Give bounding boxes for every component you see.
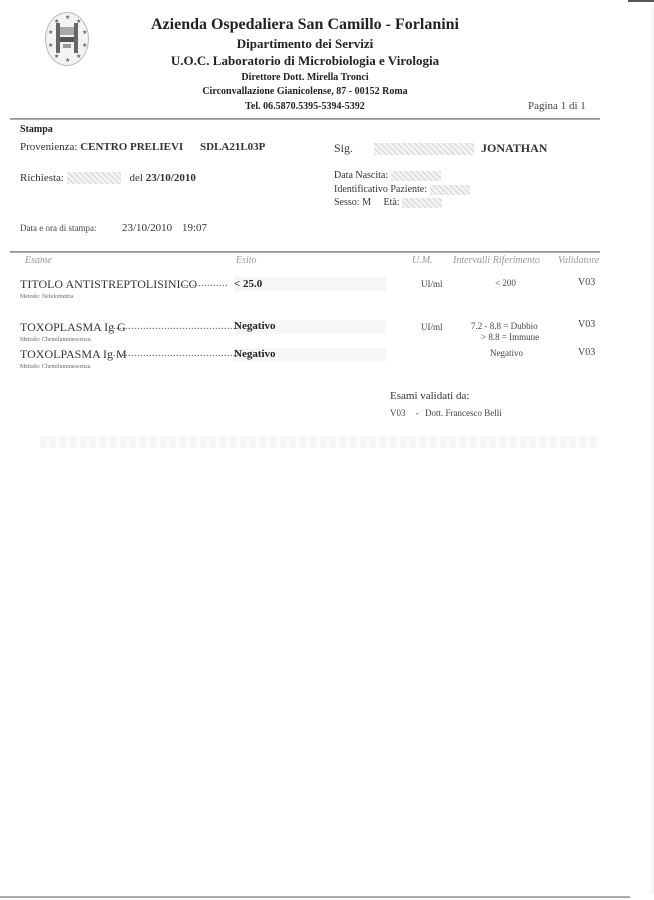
column-header-unit: U.M. [412, 255, 433, 266]
table-row-result: Negativo [234, 320, 276, 332]
table-row-unit: UI/ml [421, 322, 443, 332]
table-row-method: Metodo: Nefelometria [20, 294, 73, 300]
del-label: del [130, 172, 143, 184]
birth-label: Data Nascita: [334, 170, 388, 181]
table-row-validator: V03 [578, 347, 595, 358]
sex-label: Sesso: [334, 197, 360, 208]
page-bottom-edge [0, 896, 630, 898]
validator-separator: - [416, 408, 419, 418]
redacted-surname [374, 143, 474, 155]
age-label: Età: [383, 197, 399, 208]
table-row-reference: Negativo [490, 348, 523, 358]
table-divider [10, 251, 600, 253]
table-row-reference: 7.2 - 8.8 = Dubbio [471, 321, 538, 331]
table-row-method: Metodo: Chemiluminescenza [20, 337, 90, 343]
redacted-patient-id [430, 185, 470, 195]
validator-code: V03 [390, 408, 406, 418]
print-date-label: Data e ora di stampa: [20, 223, 96, 233]
column-header-exam: Esame [25, 255, 52, 266]
table-row-result: Negativo [234, 348, 276, 360]
validation-entry: V03 - Dott. Francesco Belli [390, 408, 502, 418]
unit-name: U.O.C. Laboratorio di Microbiologia e Vi… [0, 53, 610, 69]
phone: Tel. 06.5870.5395-5394-5392 [0, 101, 610, 112]
table-row-result: < 25.0 [234, 278, 262, 290]
redacted-birth-date [391, 171, 441, 181]
sig-label: Sig. [334, 141, 353, 155]
print-time: 19:07 [182, 222, 207, 234]
sex-value: M [362, 197, 371, 208]
print-date: 23/10/2010 [122, 222, 172, 234]
column-header-result: Esito [236, 255, 257, 266]
redacted-request-id [67, 172, 121, 184]
scan-artifact-band [40, 436, 600, 448]
patient-name-field: Sig. JONATHAN [334, 141, 547, 156]
leader-dots: ........................................… [113, 321, 242, 332]
column-header-validator: Validatore [558, 255, 599, 266]
leader-dots: ........................................… [113, 348, 242, 359]
hospital-name: Azienda Ospedaliera San Camillo - Forlan… [0, 16, 610, 34]
leader-dots: ................ [180, 278, 228, 289]
richiesta-field: Richiesta: del 23/10/2010 [20, 172, 196, 184]
richiesta-label: Richiesta: [20, 172, 64, 184]
richiesta-date: 23/10/2010 [146, 172, 196, 184]
column-header-reference: Intervalli Riferimento [453, 255, 540, 266]
table-row-method: Metodo: Chemiluminescenza [20, 364, 90, 370]
validation-title: Esami validati da: [390, 390, 469, 402]
sex-age-field: Sesso: M Età: [334, 197, 442, 208]
redacted-age [402, 198, 442, 208]
table-row-exam-name: TOXOPLASMA Ig G [20, 320, 126, 335]
scan-edge-mark [628, 0, 654, 2]
table-row-reference: < 200 [495, 278, 516, 288]
table-row-exam-name: TITOLO ANTISTREPTOLISINICO [20, 277, 197, 292]
provenienza-field: Provenienza: CENTRO PRELIEVI [20, 141, 183, 153]
validator-doctor: Dott. Francesco Belli [425, 408, 502, 418]
patient-id-label: Identificativo Paziente: [334, 184, 427, 195]
provenienza-label: Provenienza: [20, 141, 77, 153]
table-row-exam-name: TOXOLPASMA Ig M [20, 347, 127, 362]
department-name: Dipartimento dei Servizi [0, 36, 610, 52]
table-row-unit: UI/ml [421, 279, 443, 289]
page-indicator: Pagina 1 di 1 [528, 100, 586, 112]
provenienza-value: CENTRO PRELIEVI [80, 141, 183, 153]
patient-id-field: Identificativo Paziente: [334, 184, 470, 195]
table-row-validator: V03 [578, 319, 595, 330]
table-row-reference: > 8.8 = Immune [481, 332, 539, 342]
scan-edge-shadow [650, 4, 654, 894]
patient-code: SDLA21L03P [200, 141, 265, 153]
section-title: Stampa [20, 124, 53, 135]
patient-first-name: JONATHAN [481, 141, 547, 155]
header-divider [10, 118, 600, 120]
director-name: Direttore Dott. Mirella Tronci [0, 72, 610, 83]
address: Circonvallazione Gianicolense, 87 - 0015… [0, 86, 610, 97]
table-row-validator: V03 [578, 277, 595, 288]
birth-field: Data Nascita: [334, 170, 441, 181]
